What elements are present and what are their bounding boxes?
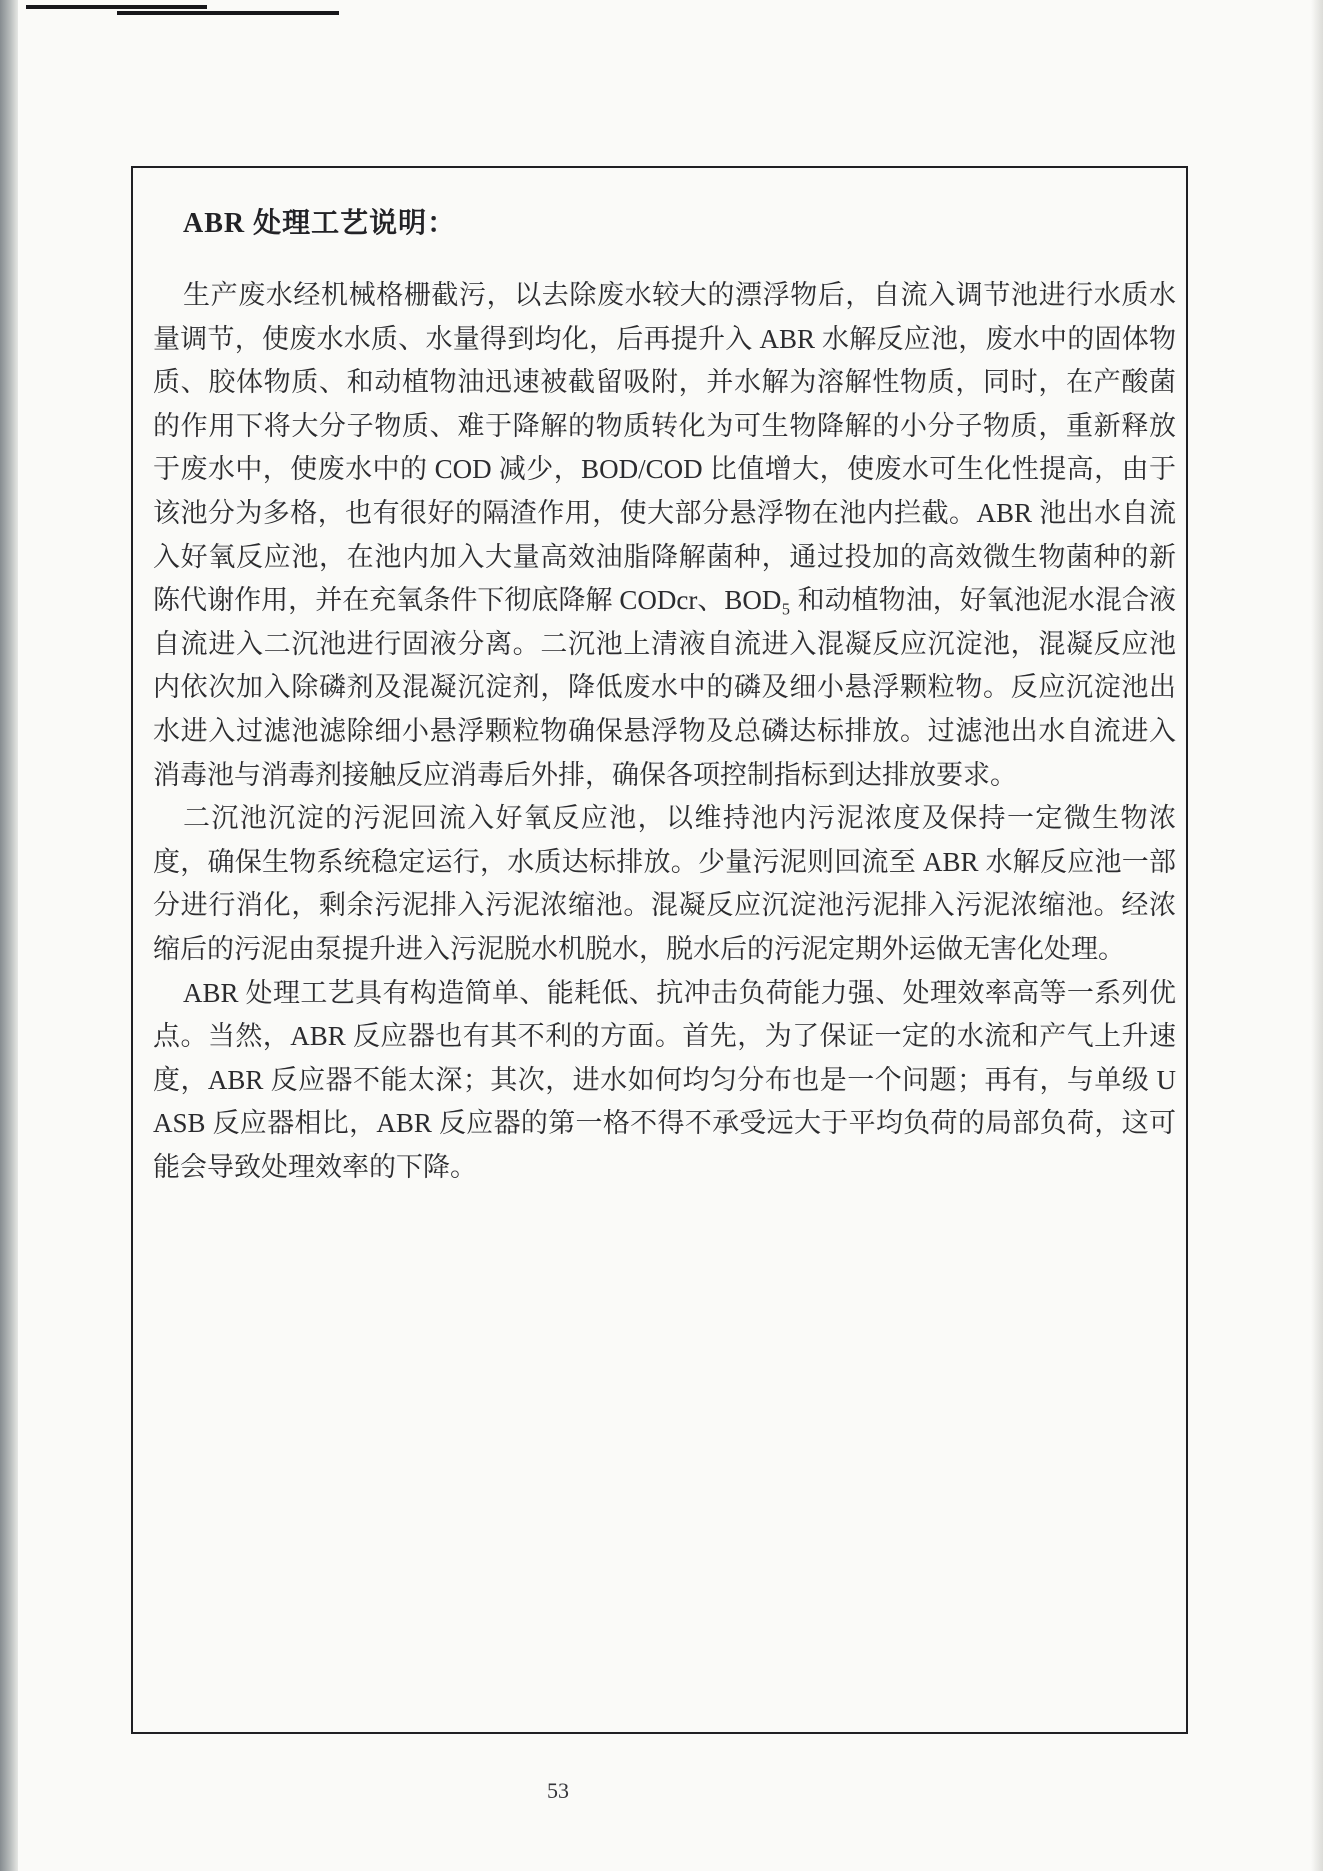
paragraph: 二沉池沉淀的污泥回流入好氧反应池，以维持池内污泥浓度及保持一定微生物浓度，确保生… [153, 797, 1176, 971]
scan-edge-right-shadow [1311, 0, 1323, 1871]
scan-artifact-dash [117, 11, 339, 15]
paragraph: 生产废水经机械格栅截污，以去除废水较大的漂浮物后，自流入调节池进行水质水量调节，… [153, 274, 1176, 797]
scan-edge-left-shadow [0, 0, 18, 1871]
document-text-box: ABR 处理工艺说明： 生产废水经机械格栅截污，以去除废水较大的漂浮物后，自流入… [131, 166, 1188, 1734]
document-body: 生产废水经机械格栅截污，以去除废水较大的漂浮物后，自流入调节池进行水质水量调节，… [153, 274, 1176, 1189]
paragraph: ABR 处理工艺具有构造简单、能耗低、抗冲击负荷能力强、处理效率高等一系列优点。… [153, 972, 1176, 1190]
section-title: ABR 处理工艺说明： [183, 202, 1176, 246]
scan-artifact-dash [26, 5, 207, 9]
page-number: 53 [528, 1778, 588, 1804]
scanned-document-page: ABR 处理工艺说明： 生产废水经机械格栅截污，以去除废水较大的漂浮物后，自流入… [0, 0, 1323, 1871]
